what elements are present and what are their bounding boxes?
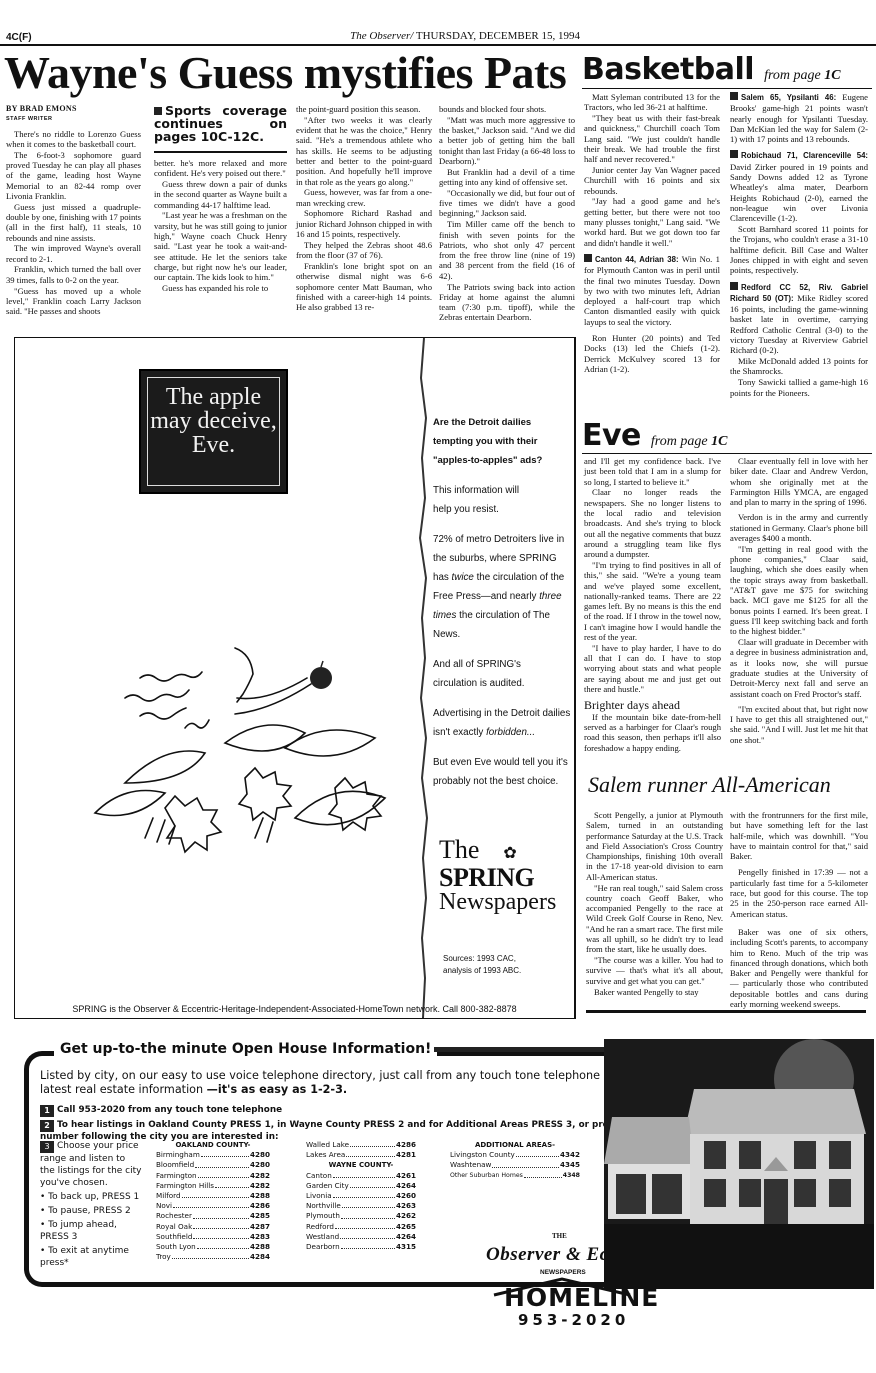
- flower-icon: ✿: [503, 845, 516, 862]
- city: Livonia: [306, 1191, 332, 1201]
- wayne-county-directory: Walled Lake4286 Lakes Area4281 WAYNE COU…: [306, 1140, 416, 1252]
- ad-copy: Are the Detroit dailies tempting you wit…: [433, 413, 573, 802]
- game-summary: Robichaud 71, Clarenceville 54: David Zi…: [730, 150, 868, 223]
- leader-dots: [215, 1181, 249, 1188]
- code: 4342: [560, 1150, 580, 1160]
- paragraph: "Occasionally we did, but four out of fi…: [439, 188, 575, 219]
- torn-page-edge: [417, 338, 431, 1018]
- city: Washtenaw: [450, 1160, 491, 1170]
- city: Westland: [306, 1232, 339, 1242]
- logo-the: The: [439, 835, 479, 864]
- section-rule: [582, 453, 872, 454]
- bullet-square-icon: [154, 107, 162, 115]
- code: 4283: [250, 1232, 270, 1242]
- byline-title: STAFF WRITER: [6, 114, 141, 124]
- logo-newspapers: Newspapers: [439, 890, 556, 914]
- basketball-title: Basketball: [582, 52, 754, 87]
- promo-text: Sports coverage continues on pages 10C-1…: [154, 103, 287, 144]
- directory-row: Livonia4260: [306, 1191, 416, 1201]
- paragraph: Junior center Jay Van Wagner paced Churc…: [584, 165, 720, 196]
- ad-paragraph: Advertising in the Detroit dailies isn't…: [433, 704, 573, 742]
- code: 4345: [560, 1160, 580, 1170]
- paragraph: Claar will graduate in December with a d…: [730, 637, 868, 699]
- lead-story-col2: Sports coverage continues on pages 10C-1…: [154, 104, 287, 294]
- code: 4260: [396, 1191, 416, 1201]
- paragraph: Guess threw down a pair of dunks in the …: [154, 179, 287, 210]
- city: Redford: [306, 1222, 334, 1232]
- code: 4282: [250, 1181, 270, 1191]
- paragraph: Claar no longer reads the newspapers. Sh…: [584, 487, 721, 559]
- leader-dots: [193, 1222, 249, 1229]
- code: 4280: [250, 1150, 270, 1160]
- code: 4265: [396, 1222, 416, 1232]
- lead-story-col4: bounds and blocked four shots. "Matt was…: [439, 104, 575, 323]
- paragraph: Tim Miller came off the bench to finish …: [439, 219, 575, 281]
- spring-newspapers-logo: The ✿ SPRING Newspapers: [439, 838, 556, 914]
- leader-dots: [198, 1171, 249, 1178]
- leader-dots: [341, 1242, 395, 1249]
- directory-heading: OAKLAND COUNTY-: [156, 1140, 270, 1150]
- paragraph: "I have to play harder, I have to do all…: [584, 643, 721, 694]
- leader-dots: [195, 1160, 249, 1167]
- code: 4284: [250, 1252, 270, 1262]
- city: Farmington: [156, 1171, 197, 1181]
- city: South Lyon: [156, 1242, 196, 1252]
- homeline-phone[interactable]: 953-2020: [518, 1311, 629, 1329]
- paragraph: If the mountain bike date-from-hell serv…: [584, 712, 721, 753]
- house-photo: [604, 1039, 874, 1289]
- paragraph: "They beat us with their fast-break and …: [584, 113, 720, 164]
- paragraph: Guess has expanded his role to: [154, 283, 287, 293]
- leader-dots: [524, 1171, 562, 1178]
- copy-line: help you resist.: [433, 500, 573, 519]
- game-score: Canton 44, Adrian 38:: [595, 255, 679, 264]
- jump-label: from page 1C: [651, 434, 728, 449]
- code: 4287: [250, 1222, 270, 1232]
- code: 4264: [396, 1232, 416, 1242]
- paragraph: Mike McDonald added 13 points for the Sh…: [730, 356, 868, 377]
- leader-dots: [193, 1211, 249, 1218]
- leader-dots: [197, 1242, 249, 1249]
- copy-line: But even Eve would tell you it's: [433, 753, 573, 772]
- eve-col1: and I'll get my confidence back. I've ju…: [584, 456, 721, 753]
- leader-dots: [335, 1222, 395, 1229]
- summary-text: David Zirker poured in 19 points and San…: [730, 162, 868, 223]
- directory-row: Other Suburban Homes4348: [450, 1171, 580, 1181]
- leader-dots: [516, 1150, 559, 1157]
- directory-row: Novi4286: [156, 1201, 270, 1211]
- copy-line: This information will: [433, 481, 573, 500]
- step-number-icon: 2: [40, 1120, 54, 1132]
- directory-row: Troy4284: [156, 1252, 270, 1262]
- directory-row: Lakes Area4281: [306, 1150, 416, 1160]
- directory-row: South Lyon4288: [156, 1242, 270, 1252]
- paper-name: The Observer/: [350, 30, 413, 42]
- headline-line: The apple: [141, 385, 286, 409]
- lead-story-col3: the point-guard position this season. "A…: [296, 104, 432, 313]
- city: Royal Oak: [156, 1222, 192, 1232]
- paragraph: Matt Syleman contributed 13 for the Trac…: [584, 92, 720, 113]
- paragraph: Verdon is in the army and currently stat…: [730, 512, 868, 543]
- city: Farmington Hills: [156, 1181, 214, 1191]
- oakland-county-directory: OAKLAND COUNTY- Birmingham4280 Bloomfiel…: [156, 1140, 270, 1262]
- directory-row: Farmington4282: [156, 1171, 270, 1181]
- directory-row: Northville4263: [306, 1201, 416, 1211]
- leader-dots: [350, 1181, 395, 1188]
- open-house-intro: Listed by city, on our easy to use voice…: [40, 1069, 690, 1097]
- leader-dots: [341, 1211, 395, 1218]
- paragraph: They helped the Zebras shoot 48.6 from t…: [296, 240, 432, 261]
- city: Novi: [156, 1201, 172, 1211]
- leader-dots: [172, 1252, 249, 1259]
- paragraph: "I'm getting in real good with the phone…: [730, 544, 868, 637]
- copy-line: And all of SPRING's: [433, 655, 573, 674]
- paragraph: "After two weeks it was clearly evident …: [296, 115, 432, 187]
- code: 4348: [563, 1171, 580, 1181]
- paragraph: There's no riddle to Lorenzo Guess when …: [6, 129, 141, 150]
- paragraph: "Guess has moved up a whole level," Fran…: [6, 286, 141, 317]
- leader-dots: [182, 1191, 249, 1198]
- paragraph: The win improved Wayne's overall record …: [6, 243, 141, 264]
- ad-paragraph: But even Eve would tell you it's probabl…: [433, 753, 573, 791]
- paragraph: Baker was one of six others, including S…: [730, 927, 868, 1009]
- copy-line: "apples-to-apples" ads?: [433, 451, 573, 470]
- code: 4286: [250, 1201, 270, 1211]
- headline-line: may deceive,: [141, 409, 286, 433]
- directory-row: Dearborn4315: [306, 1242, 416, 1252]
- key-option: • To back up, PRESS 1: [40, 1191, 142, 1203]
- subhead: Brighter days ahead: [584, 700, 721, 710]
- key-option: • To jump ahead, PRESS 3: [40, 1219, 142, 1243]
- code: 4315: [396, 1242, 416, 1252]
- paragraph: "He ran real tough," said Salem cross co…: [586, 883, 723, 955]
- code: 4288: [250, 1191, 270, 1201]
- game-score: Robichaud 71, Clarenceville 54:: [741, 151, 868, 160]
- leader-dots: [492, 1160, 559, 1167]
- leader-dots: [350, 1140, 395, 1147]
- code: 4285: [250, 1211, 270, 1221]
- city: Birmingham: [156, 1150, 200, 1160]
- paragraph: and I'll get my confidence back. I've ju…: [584, 456, 721, 487]
- section-rule: [582, 88, 872, 89]
- logo-the: THE: [552, 1232, 567, 1240]
- additional-areas-directory: ADDITIONAL AREAS- Livingston County4342 …: [450, 1140, 580, 1181]
- directory-heading: ADDITIONAL AREAS-: [450, 1140, 580, 1150]
- basketball-col1: Matt Syleman contributed 13 for the Trac…: [584, 92, 720, 375]
- copy-line: Are the Detroit dailies: [433, 413, 573, 432]
- step-number-icon: 1: [40, 1105, 54, 1117]
- key-option: • To pause, PRESS 2: [40, 1205, 142, 1217]
- leader-dots: [173, 1201, 249, 1208]
- directory-row: Redford4265: [306, 1222, 416, 1232]
- paragraph: Guess, however, was far from a one-man w…: [296, 187, 432, 208]
- directory-row: Washtenaw4345: [450, 1160, 580, 1170]
- directory-row: Livingston County4342: [450, 1150, 580, 1160]
- paragraph: "Last year he was a freshman on the vars…: [154, 210, 287, 282]
- leader-dots: [333, 1191, 395, 1198]
- paragraph: Pengelly finished in 17:39 — not a parti…: [730, 867, 868, 918]
- step-3: 3Choose your price range and listen to t…: [40, 1140, 142, 1269]
- homeline-open-house-ad[interactable]: Get up-to-the minute Open House Informat…: [24, 1039, 864, 1339]
- paragraph: Sophomore Richard Rashad and junior Rich…: [296, 208, 432, 239]
- salem-col2: with the frontrunners for the first mile…: [730, 810, 868, 1010]
- headline-line: Eve.: [141, 433, 286, 457]
- paragraph: Scott Pengelly, a junior at Plymouth Sal…: [586, 810, 723, 882]
- directory-row: Walled Lake4286: [306, 1140, 416, 1150]
- directory-row: Bloomfield4280: [156, 1160, 270, 1170]
- copy-line: tempting you with their: [433, 432, 573, 451]
- directory-row: Milford4288: [156, 1191, 270, 1201]
- city: Garden City: [306, 1181, 349, 1191]
- city: Northville: [306, 1201, 341, 1211]
- issue-date: THURSDAY, DECEMBER 15, 1994: [416, 30, 580, 42]
- code: 4280: [250, 1160, 270, 1170]
- leader-dots: [201, 1150, 249, 1157]
- logo-newspapers: NEWSPAPERS: [540, 1269, 586, 1276]
- paragraph: The Patriots swing back into action Frid…: [439, 282, 575, 323]
- paragraph: Franklin's lone bright spot on an otherw…: [296, 261, 432, 312]
- ad-headline: The apple may deceive, Eve.: [141, 385, 286, 457]
- directory-row: Westland4264: [306, 1232, 416, 1242]
- step-text: Choose your price range and listen to th…: [40, 1141, 142, 1188]
- source-line: Sources: 1993 CAC,: [443, 953, 521, 965]
- code: 4282: [250, 1171, 270, 1181]
- basketball-header: Basketballfrom page 1C: [582, 52, 872, 87]
- leader-dots: [333, 1171, 395, 1178]
- directory-row: Rochester4285: [156, 1211, 270, 1221]
- directory-row: Garden City4264: [306, 1181, 416, 1191]
- source-line: analysis of 1993 ABC.: [443, 965, 521, 977]
- ad-lead: Are the Detroit dailies tempting you wit…: [433, 413, 573, 470]
- city: Dearborn: [306, 1242, 340, 1252]
- eve-illustration: [45, 638, 425, 878]
- spring-newspapers-ad[interactable]: The apple may deceive, Eve.: [14, 337, 576, 1019]
- paragraph: "I'm trying to find positives in all of …: [584, 560, 721, 642]
- city: Milford: [156, 1191, 181, 1201]
- from-page: 1C: [824, 68, 840, 83]
- leader-dots: [346, 1150, 395, 1157]
- ad-paragraph: 72% of metro Detroiters live in the subu…: [433, 530, 573, 644]
- intro-emphasis: —it's as easy as 1-2-3.: [207, 1083, 347, 1096]
- ad-sources: Sources: 1993 CAC, analysis of 1993 ABC.: [443, 953, 521, 977]
- paragraph: Ron Hunter (20 points) and Ted Docks (13…: [584, 333, 720, 374]
- bullet-square-icon: [730, 92, 738, 100]
- dateline: The Observer/ THURSDAY, DECEMBER 15, 199…: [290, 30, 580, 42]
- paragraph: The 6-foot-3 sophomore guard proved Tues…: [6, 150, 141, 201]
- paragraph: Scott Barnhard scored 11 points for the …: [730, 224, 868, 275]
- ad-paragraph: And all of SPRING's circulation is audit…: [433, 655, 573, 693]
- paragraph: the point-guard position this season.: [296, 104, 432, 114]
- eve-col2: Claar eventually fell in love with her b…: [730, 456, 868, 746]
- paragraph: Franklin, which turned the ball over 39 …: [6, 264, 141, 285]
- directory-row: Plymouth4262: [306, 1211, 416, 1221]
- page-folio: 4C(F): [6, 32, 32, 43]
- house-icon: [604, 1039, 874, 1289]
- ad-footer: SPRING is the Observer & Eccentric-Herit…: [15, 1004, 574, 1014]
- directory-row: Southfield4283: [156, 1232, 270, 1242]
- code: 4281: [396, 1150, 416, 1160]
- code: 4261: [396, 1171, 416, 1181]
- paragraph: But Franklin had a devil of a time getti…: [439, 167, 575, 188]
- eve-title: Eve: [582, 418, 641, 453]
- copy-line: circulation is audited.: [433, 674, 573, 693]
- leader-dots: [193, 1232, 249, 1239]
- game-score: Salem 65, Ypsilanti 46:: [741, 93, 836, 102]
- code: 4288: [250, 1242, 270, 1252]
- paragraph: Tony Sawicki tallied a game-high 16 poin…: [730, 377, 868, 398]
- logo-spring: SPRING: [439, 866, 556, 890]
- paragraph: Baker wanted Pengelly to stay: [586, 987, 723, 997]
- basketball-col2: Salem 65, Ypsilanti 46: Eugene Brooks' g…: [730, 92, 868, 398]
- apple-headline-box: The apple may deceive, Eve.: [139, 369, 288, 494]
- directory-row: Birmingham4280: [156, 1150, 270, 1160]
- leader-dots: [340, 1232, 395, 1239]
- from-label: from page: [764, 68, 821, 83]
- key-option: • To exit at anytime press*: [40, 1245, 142, 1269]
- bullet-square-icon: [730, 282, 738, 290]
- lead-story-col1: BY BRAD EMONS STAFF WRITER There's no ri…: [6, 104, 141, 317]
- bullet-square-icon: [730, 150, 738, 158]
- paragraph: "I'm excited about that, but right now I…: [730, 704, 868, 745]
- open-house-title: Get up-to-the minute Open House Informat…: [54, 1041, 437, 1057]
- step-text: To hear listings in Oakland County PRESS…: [40, 1120, 639, 1142]
- city: Plymouth: [306, 1211, 340, 1221]
- city: Bloomfield: [156, 1160, 194, 1170]
- copy-emphasis: forbidden...: [486, 727, 535, 738]
- section-rule: [586, 1010, 866, 1013]
- city: Canton: [306, 1171, 332, 1181]
- from-page: 1C: [711, 434, 727, 449]
- sports-coverage-promo[interactable]: Sports coverage continues on pages 10C-1…: [154, 104, 287, 153]
- title-bar: [434, 1047, 604, 1052]
- city: Livingston County: [450, 1150, 515, 1160]
- city: Southfield: [156, 1232, 192, 1242]
- jump-label: from page 1C: [764, 68, 841, 83]
- lead-headline: Wayne's Guess mystifies Pats: [4, 48, 580, 98]
- copy-line: probably not the best choice.: [433, 772, 573, 791]
- paragraph: "Matt was much more aggressive to the ba…: [439, 115, 575, 166]
- paragraph: Claar eventually fell in love with her b…: [730, 456, 868, 507]
- masthead-rule: [0, 44, 876, 46]
- salem-col1: Scott Pengelly, a junior at Plymouth Sal…: [586, 810, 723, 997]
- game-summary: Redford CC 52, Riv. Gabriel Richard 50 (…: [730, 282, 868, 356]
- city: Other Suburban Homes: [450, 1171, 523, 1181]
- eve-header: Evefrom page 1C: [582, 418, 872, 453]
- paragraph: "Jay had a good game and he's getting be…: [584, 196, 720, 247]
- leader-dots: [342, 1201, 395, 1208]
- paragraph: "The course was a killer. You had to sur…: [586, 955, 723, 986]
- step-text: Call 953-2020 from any touch tone teleph…: [57, 1105, 282, 1115]
- code: 4263: [396, 1201, 416, 1211]
- code: 4286: [396, 1140, 416, 1150]
- code: 4262: [396, 1211, 416, 1221]
- step-number-icon: 3: [40, 1141, 54, 1153]
- byline: BY BRAD EMONS: [6, 104, 141, 114]
- from-label: from page: [651, 434, 708, 449]
- game-summary: Salem 65, Ypsilanti 46: Eugene Brooks' g…: [730, 92, 868, 144]
- salem-headline: Salem runner All-American: [588, 772, 872, 798]
- paragraph: with the frontrunners for the first mile…: [730, 810, 868, 861]
- directory-row: Canton4261: [306, 1171, 416, 1181]
- bullet-square-icon: [584, 254, 592, 262]
- city: Walled Lake: [306, 1140, 349, 1150]
- game-summary: Canton 44, Adrian 38: Win No. 1 for Plym…: [584, 254, 720, 327]
- intro-text: Listed by city, on our easy to use voice…: [40, 1069, 676, 1096]
- copy-emphasis: twice: [452, 572, 474, 583]
- directory-heading: WAYNE COUNTY-: [306, 1160, 416, 1170]
- directory-row: Royal Oak4287: [156, 1222, 270, 1232]
- directory-row: Farmington Hills4282: [156, 1181, 270, 1191]
- summary-text: Win No. 1 for Plymouth Canton was in per…: [584, 254, 720, 327]
- code: 4264: [396, 1181, 416, 1191]
- city: Troy: [156, 1252, 171, 1262]
- paragraph: better. he's more relaxed and more confi…: [154, 158, 287, 179]
- city: Lakes Area: [306, 1150, 345, 1160]
- ad-paragraph: This information will help you resist.: [433, 481, 573, 519]
- city: Rochester: [156, 1211, 192, 1221]
- step-1: 1Call 953-2020 from any touch tone telep…: [40, 1105, 600, 1117]
- paragraph: Guess just missed a quadruple-double by …: [6, 202, 141, 243]
- paragraph: bounds and blocked four shots.: [439, 104, 575, 114]
